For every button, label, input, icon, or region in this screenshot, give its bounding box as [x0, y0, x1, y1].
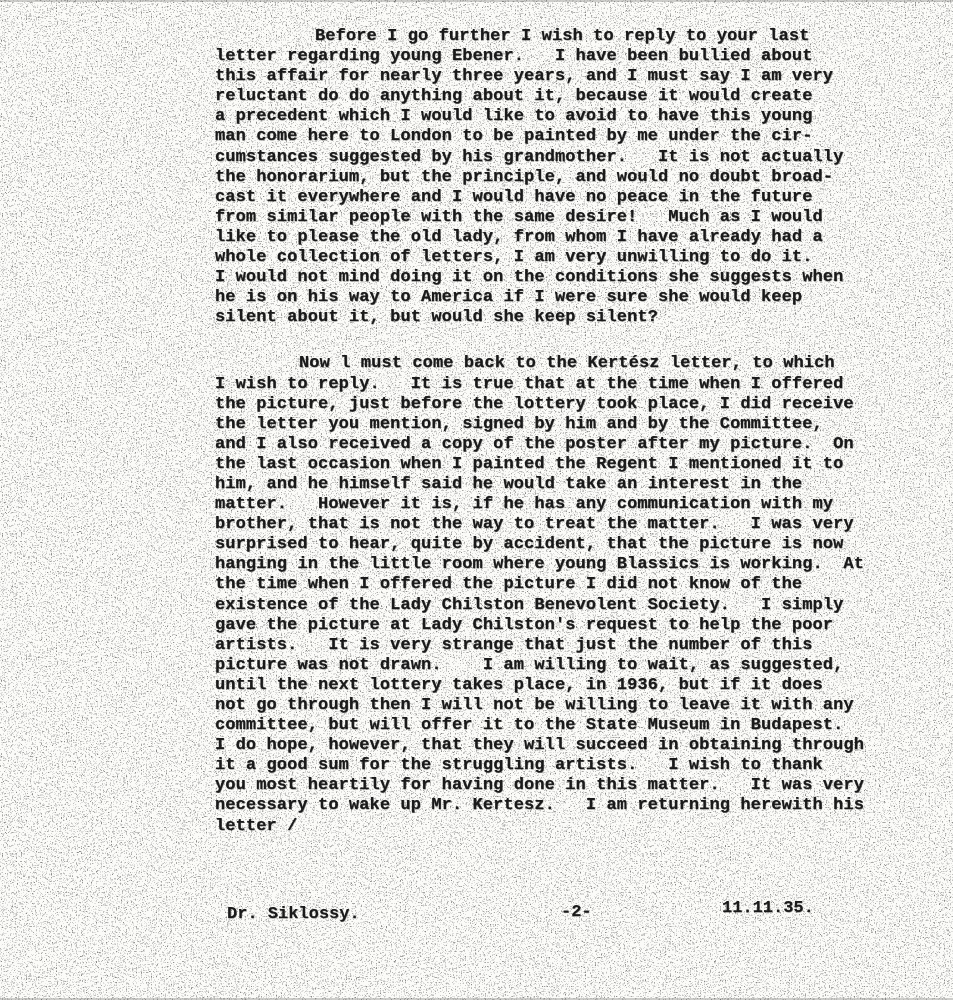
letter-line: Before I go further I wish to reply to y…	[215, 27, 915, 47]
letter-line: reluctant do do anything about it, becau…	[215, 87, 915, 107]
letter-line: letter regarding young Ebener. I have be…	[215, 47, 915, 67]
letter-line: like to please the old lady, from whom I…	[215, 228, 915, 248]
letter-line: the picture, just before the lottery too…	[215, 395, 915, 415]
letter-line: until the next lottery takes place, in 1…	[215, 676, 915, 696]
letter-line: cast it everywhere and I would have no p…	[215, 188, 915, 208]
letter-line: not go through then I will not be willin…	[215, 696, 915, 716]
letter-line: artists. It is very strange that just th…	[215, 636, 915, 656]
footer-date: 11.11.35.	[722, 899, 814, 918]
letter-line: brother, that is not the way to treat th…	[215, 515, 915, 535]
letter-line: him, and he himself said he would take a…	[215, 475, 915, 495]
letter-line: necessary to wake up Mr. Kertesz. I am r…	[215, 796, 915, 816]
letter-line: from similar people with the same desire…	[215, 208, 915, 228]
paragraph-1: Before I go further I wish to reply to y…	[215, 27, 915, 328]
letter-line: cumstances suggested by his grandmother.…	[215, 148, 915, 168]
scanned-letter-page: Before I go further I wish to reply to y…	[0, 0, 953, 1000]
letter-line: surprised to hear, quite by accident, th…	[215, 535, 915, 555]
letter-line: the time when I offered the picture I di…	[215, 575, 915, 595]
footer-addressee: Dr. Siklossy.	[227, 905, 360, 924]
letter-line: the last occasion when I painted the Reg…	[215, 455, 915, 475]
letter-line: existence of the Lady Chilston Benevolen…	[215, 596, 915, 616]
letter-line: it a good sum for the struggling artists…	[215, 756, 915, 776]
letter-line: this affair for nearly three years, and …	[215, 67, 915, 87]
letter-line: gave the picture at Lady Chilston's requ…	[215, 616, 915, 636]
letter-line: he is on his way to America if I were su…	[215, 288, 915, 308]
letter-line: and I also received a copy of the poster…	[215, 435, 915, 455]
letter-line: Now l must come back to the Kertész lett…	[215, 354, 915, 374]
footer-page-number: -2-	[561, 903, 592, 922]
letter-line: the letter you mention, signed by him an…	[215, 415, 915, 435]
letter-line: picture was not drawn. I am willing to w…	[215, 656, 915, 676]
scan-edge-top	[0, 0, 953, 2]
letter-line: the honorarium, but the principle, and w…	[215, 168, 915, 188]
letter-line: man come here to London to be painted by…	[215, 127, 915, 147]
letter-line: committee, but will offer it to the Stat…	[215, 716, 915, 736]
paragraph-2: Now l must come back to the Kertész lett…	[215, 354, 915, 836]
letter-line: hanging in the little room where young B…	[215, 555, 915, 575]
letter-line: whole collection of letters, I am very u…	[215, 248, 915, 268]
letter-line: I wish to reply. It is true that at the …	[215, 375, 915, 395]
letter-line: a precedent which I would like to avoid …	[215, 107, 915, 127]
letter-footer: Dr. Siklossy. -2- 11.11.35.	[0, 901, 953, 931]
letter-line: matter. However it is, if he has any com…	[215, 495, 915, 515]
letter-line: silent about it, but would she keep sile…	[215, 308, 915, 328]
letter-body: Before I go further I wish to reply to y…	[215, 27, 915, 837]
letter-line: I would not mind doing it on the conditi…	[215, 268, 915, 288]
letter-line: you most heartily for having done in thi…	[215, 776, 915, 796]
letter-line: letter /	[215, 817, 915, 837]
letter-line: I do hope, however, that they will succe…	[215, 736, 915, 756]
